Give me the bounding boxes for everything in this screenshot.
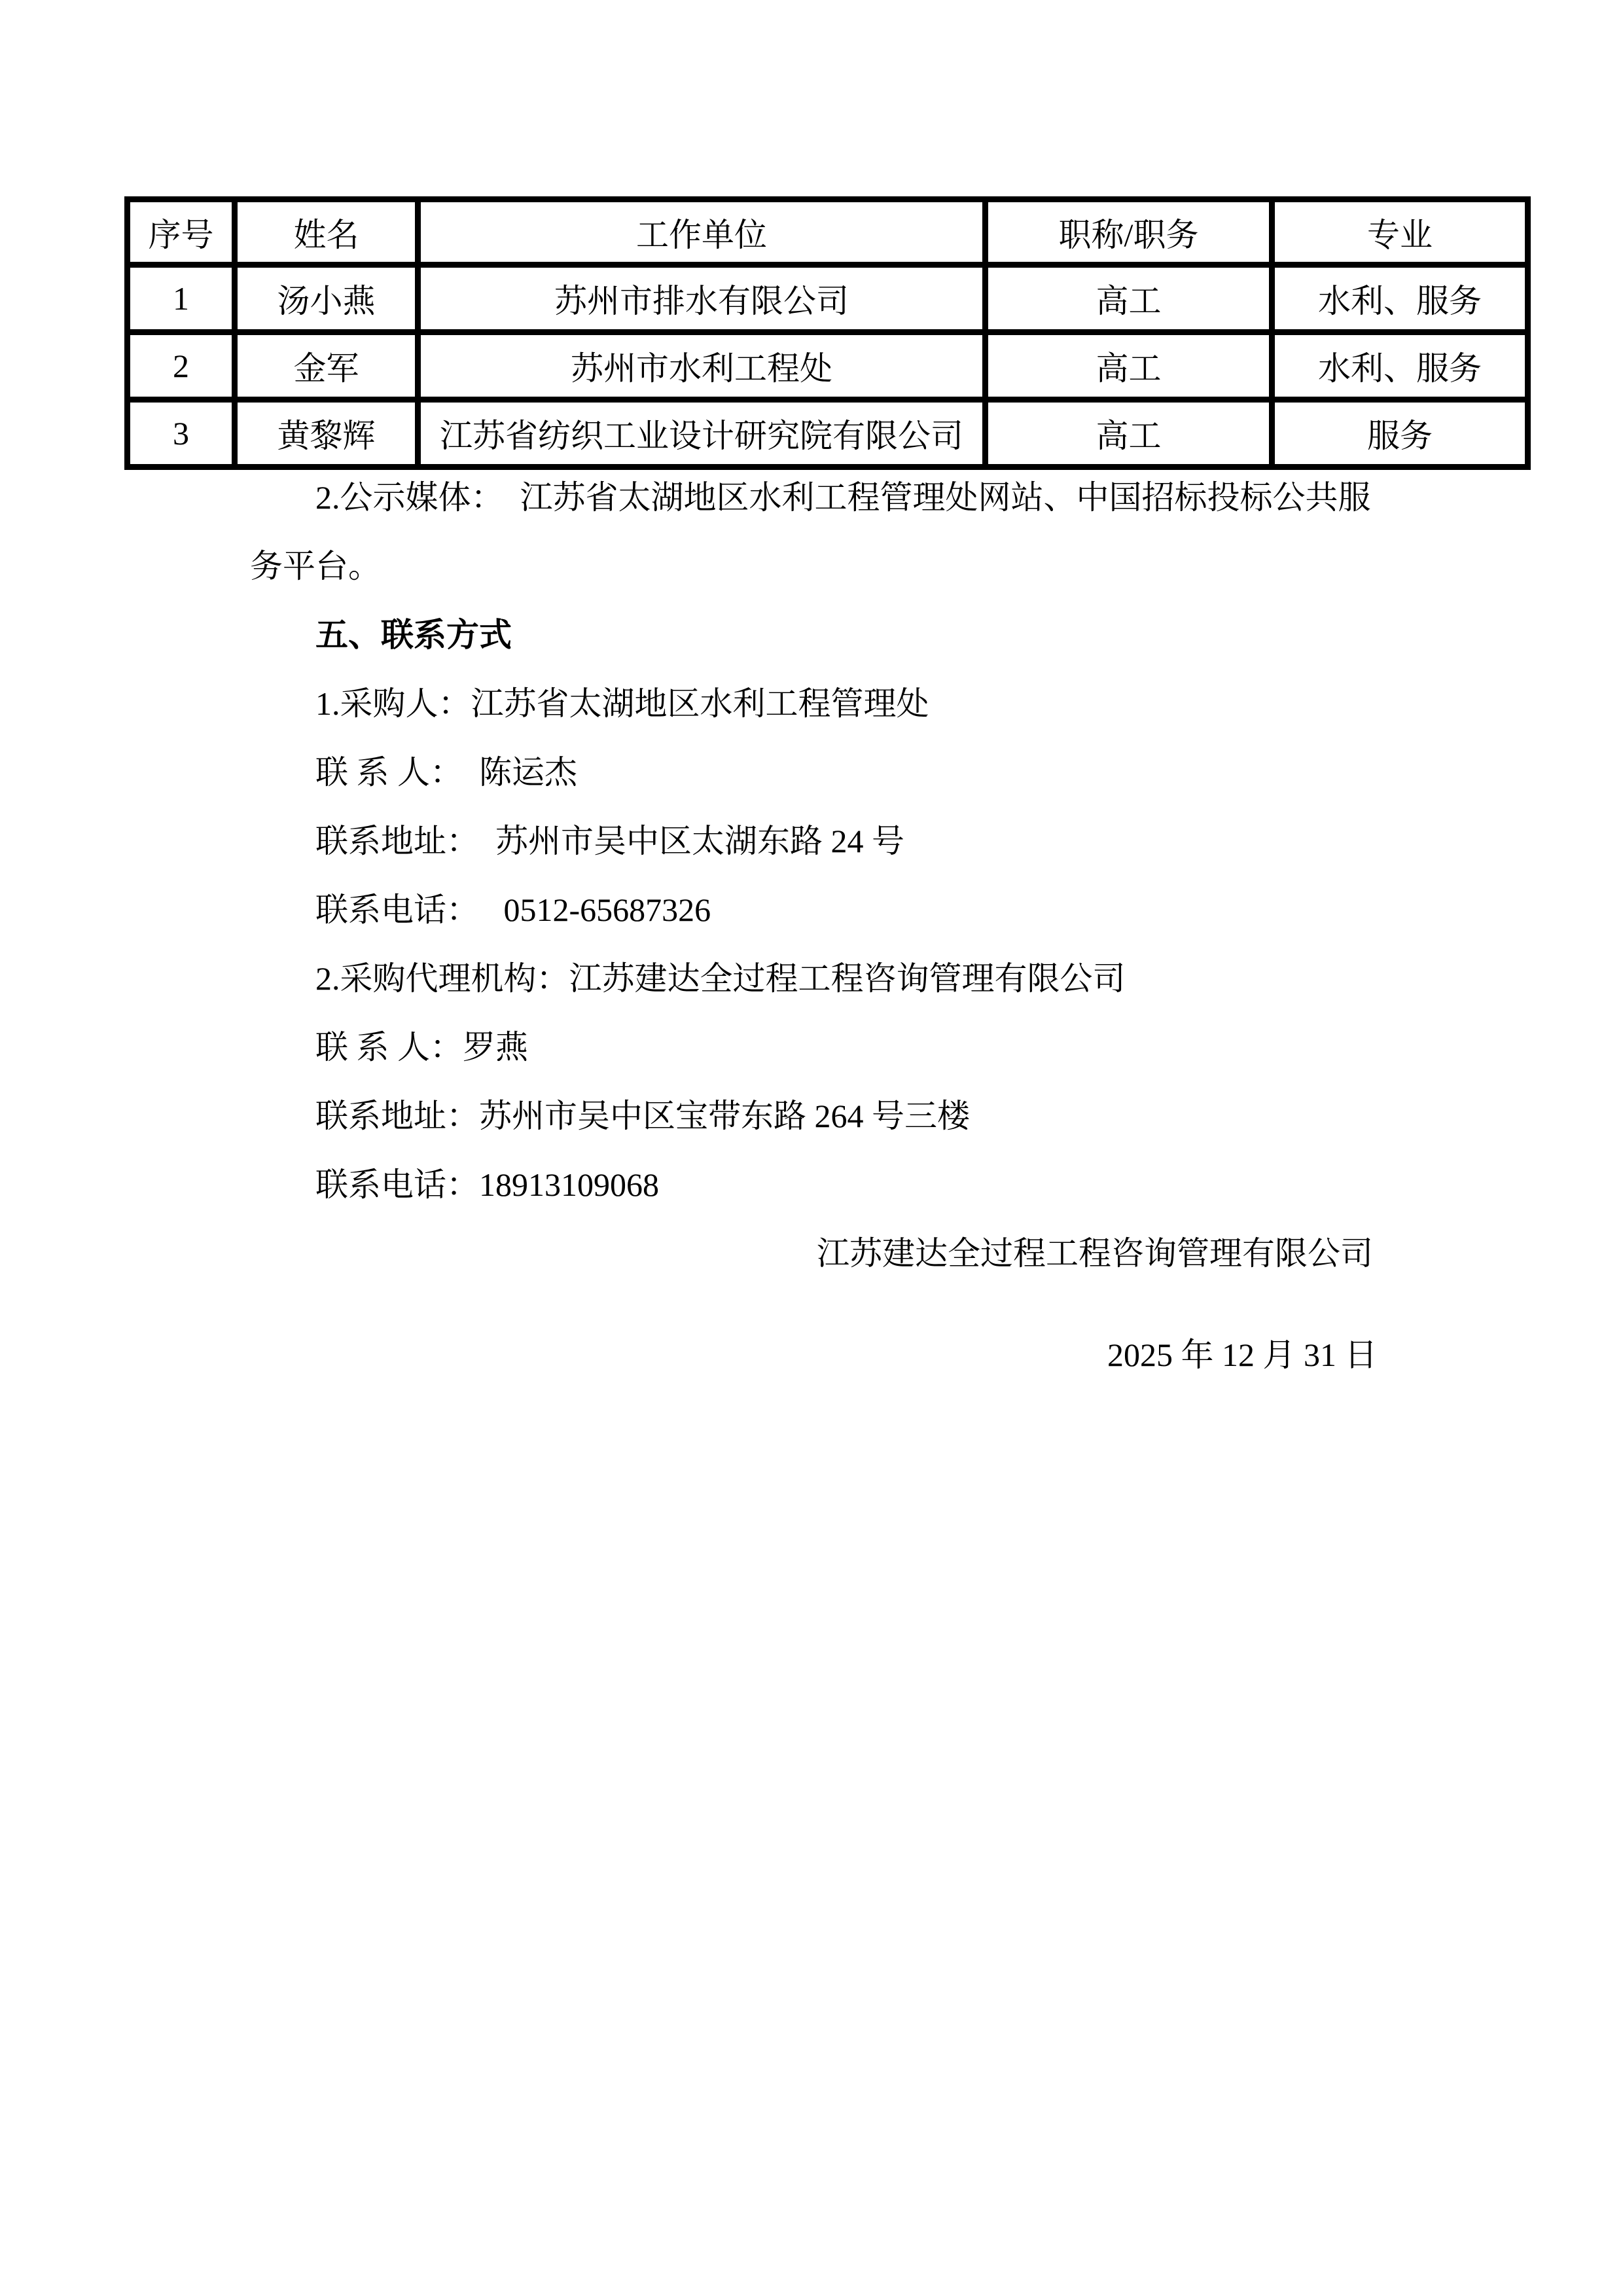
purchaser-contact-address: 联系地址： 苏州市吴中区太湖东路 24 号	[250, 807, 1441, 876]
document-page: 序号 姓名 工作单位 职称/职务 专业 1 汤小燕 苏州市排水有限公司 高工 水…	[0, 0, 1623, 2296]
body-text: 2.公示媒体： 江苏省太湖地区水利工程管理处网站、中国招标投标公共服 务平台。 …	[250, 463, 1441, 1390]
cell-workunit: 苏州市排水有限公司	[418, 265, 986, 332]
header-cell-index: 序号	[128, 200, 235, 265]
header-cell-name: 姓名	[235, 200, 418, 265]
cell-workunit: 江苏省纺织工业设计研究院有限公司	[418, 400, 986, 467]
cell-name: 汤小燕	[235, 265, 418, 332]
cell-index: 1	[128, 265, 235, 332]
cell-index: 3	[128, 400, 235, 467]
purchaser-contact-phone: 联系电话： 0512-65687326	[250, 876, 1441, 944]
cell-specialty: 水利、服务	[1272, 265, 1528, 332]
header-cell-specialty: 专业	[1272, 200, 1528, 265]
section-heading-contact: 五、联系方式	[250, 601, 1441, 670]
agency-contact-name: 联 系 人：罗燕	[250, 1013, 1441, 1082]
agency-contact-address: 联系地址：苏州市吴中区宝带东路 264 号三楼	[250, 1082, 1441, 1151]
cell-index: 2	[128, 332, 235, 400]
media-paragraph-line-2: 务平台。	[250, 532, 1441, 601]
experts-table: 序号 姓名 工作单位 职称/职务 专业 1 汤小燕 苏州市排水有限公司 高工 水…	[124, 196, 1531, 470]
cell-specialty: 服务	[1272, 400, 1528, 467]
table-header-row: 序号 姓名 工作单位 职称/职务 专业	[128, 200, 1528, 265]
signature-company: 江苏建达全过程工程咨询管理有限公司	[250, 1219, 1441, 1288]
header-cell-title: 职称/职务	[986, 200, 1272, 265]
cell-title: 高工	[986, 400, 1272, 467]
agency-line: 2.采购代理机构：江苏建达全过程工程咨询管理有限公司	[250, 944, 1441, 1013]
purchaser-contact-name: 联 系 人： 陈运杰	[250, 738, 1441, 807]
table-row: 2 金军 苏州市水利工程处 高工 水利、服务	[128, 332, 1528, 400]
cell-name: 金军	[235, 332, 418, 400]
table-row: 1 汤小燕 苏州市排水有限公司 高工 水利、服务	[128, 265, 1528, 332]
purchaser-line: 1.采购人：江苏省太湖地区水利工程管理处	[250, 670, 1441, 738]
cell-name: 黄黎辉	[235, 400, 418, 467]
agency-contact-phone: 联系电话：18913109068	[250, 1151, 1441, 1219]
media-paragraph-line-1: 2.公示媒体： 江苏省太湖地区水利工程管理处网站、中国招标投标公共服	[250, 463, 1441, 532]
cell-title: 高工	[986, 265, 1272, 332]
cell-workunit: 苏州市水利工程处	[418, 332, 986, 400]
cell-title: 高工	[986, 332, 1272, 400]
table-row: 3 黄黎辉 江苏省纺织工业设计研究院有限公司 高工 服务	[128, 400, 1528, 467]
header-cell-workunit: 工作单位	[418, 200, 986, 265]
cell-specialty: 水利、服务	[1272, 332, 1528, 400]
signature-date: 2025 年 12 月 31 日	[250, 1321, 1441, 1390]
